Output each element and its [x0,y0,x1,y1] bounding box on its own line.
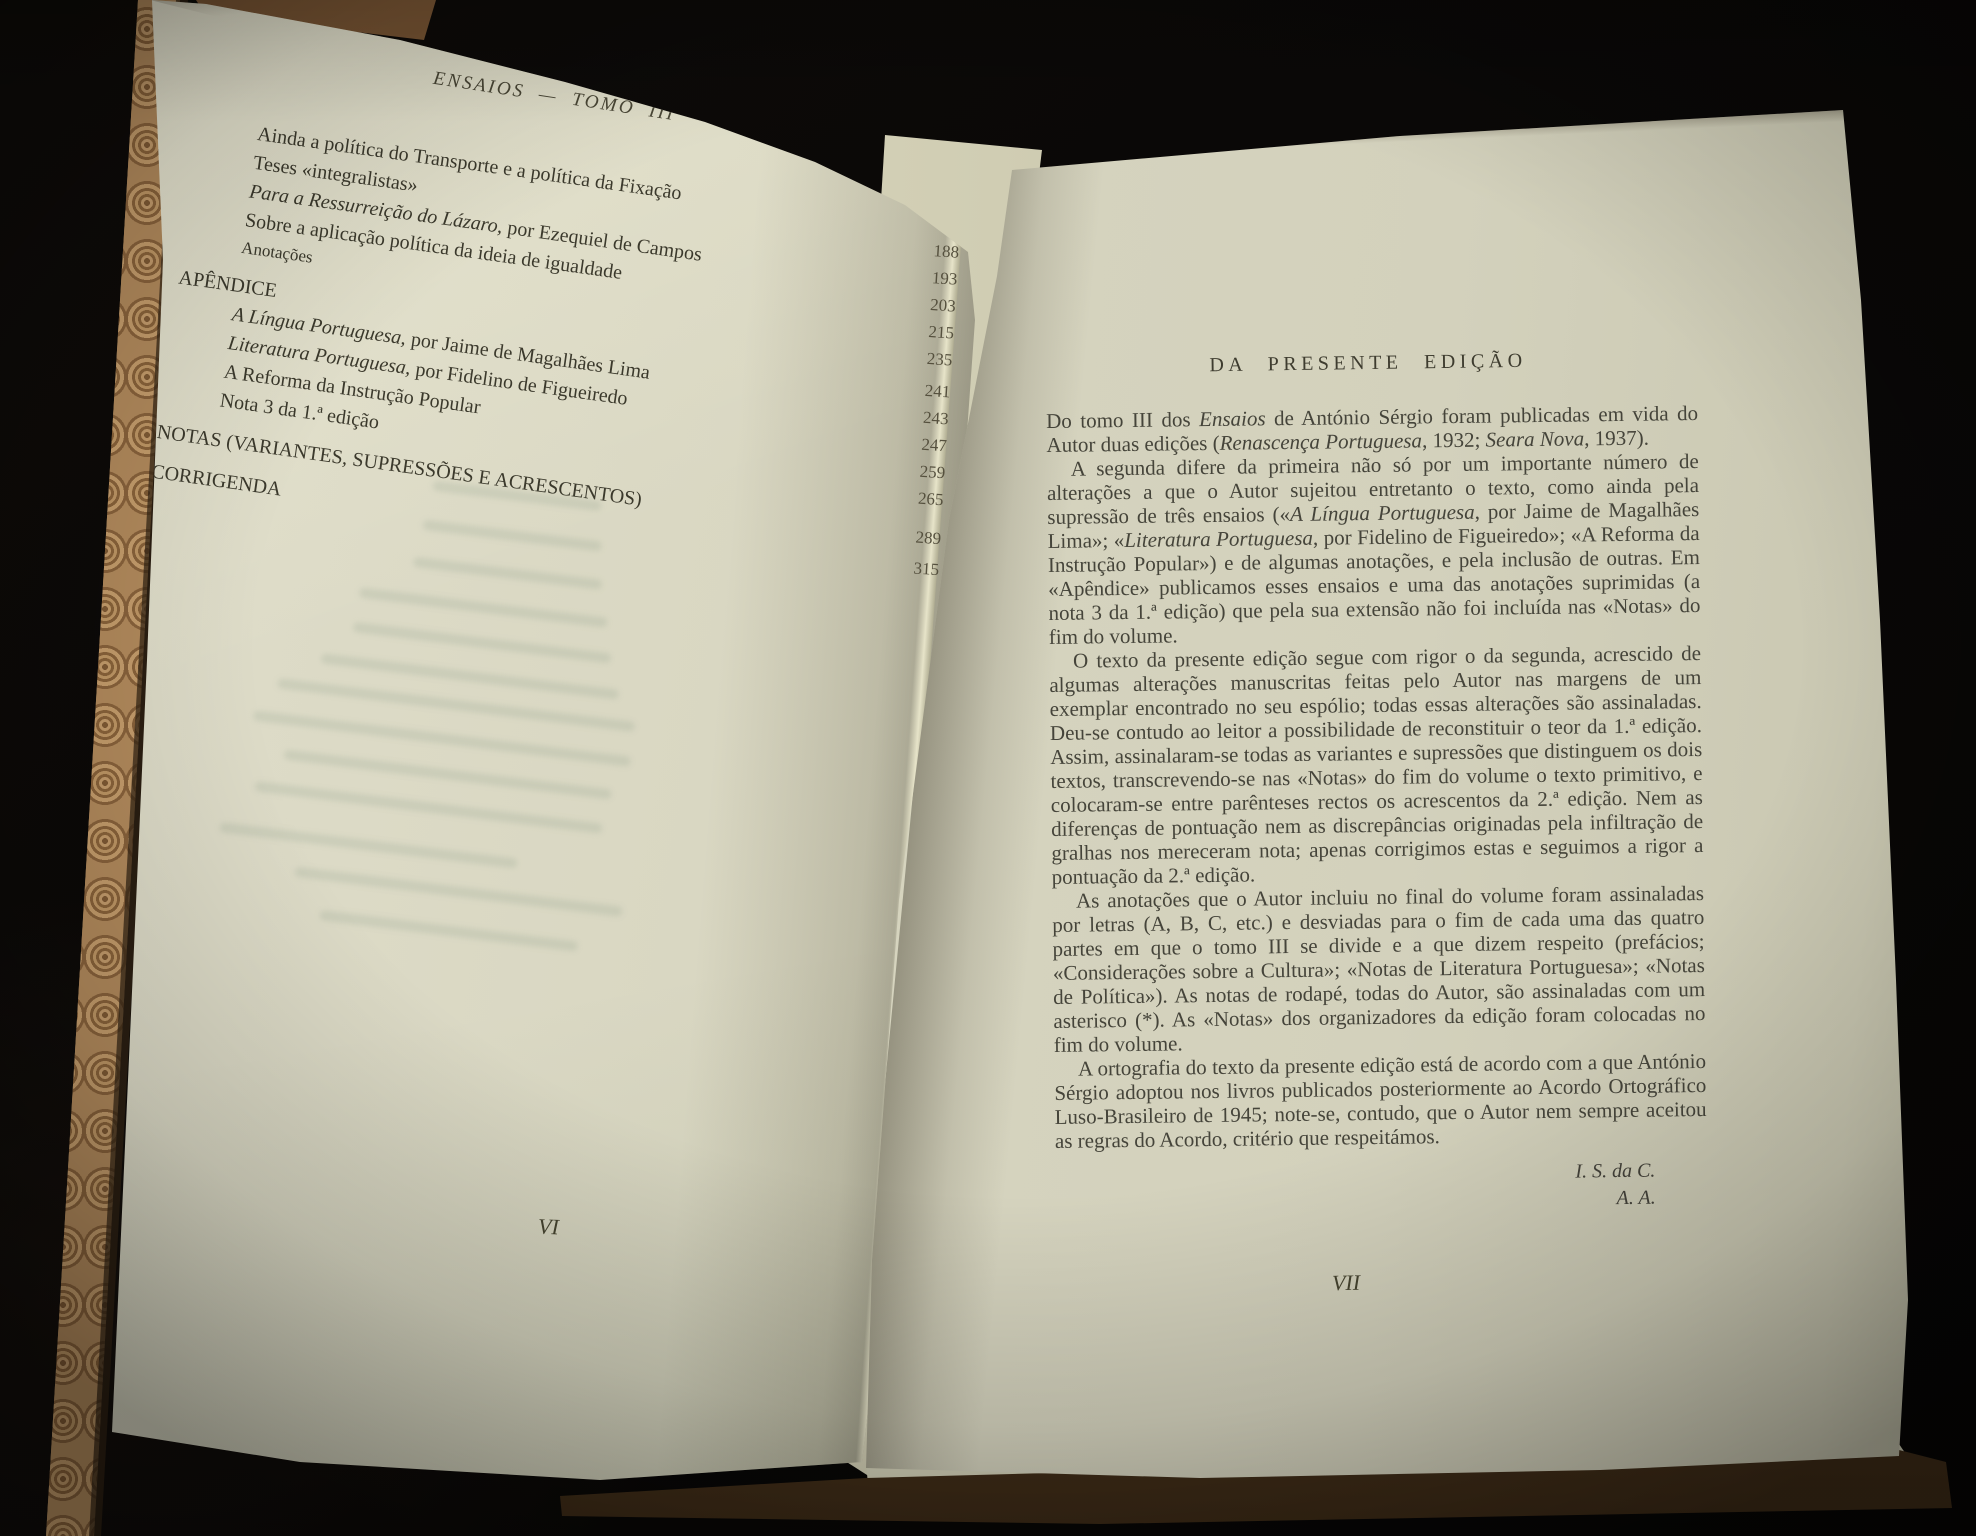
paragraph: O texto da presente edição segue com rig… [1049,641,1704,889]
toc-page-number: 241 [906,376,952,406]
paragraph: Do tomo III dos Ensaios de António Sérgi… [1046,401,1699,457]
book-photo: ENSAIOS — TOMO III Ainda a política do T… [0,0,1976,1536]
page-number-vii: VII [1332,1270,1361,1296]
section-heading: DA PRESENTE EDIÇÃO [1128,349,1608,379]
paragraph: A segunda difere da primeira não só por … [1047,449,1701,649]
toc-page-number: 259 [900,457,946,487]
table-of-contents: Ainda a política do Transporte e a polít… [149,112,835,575]
body-text: Do tomo III dos Ensaios de António Sérgi… [1046,401,1708,1219]
toc-page-number: 243 [904,403,950,433]
paragraph: As anotações que o Autor incluiu no fina… [1052,881,1706,1057]
page-number-vi: VI [538,1214,560,1241]
toc-label: CORRIGENDA [150,461,283,501]
paragraph: A ortografia do texto da presente edição… [1054,1049,1707,1153]
toc-page-number: 247 [902,430,948,460]
toc-page-number: 203 [911,290,957,320]
toc-page-number: 315 [894,553,940,583]
toc-page-number: 193 [913,263,959,293]
toc-page-number: 215 [909,317,955,347]
toc-page-number: 289 [896,522,942,552]
toc-page-number: 235 [908,344,954,374]
toc-page-number: 265 [899,484,945,514]
running-head: ENSAIOS — TOMO III [432,68,677,126]
right-page-top-shadow [1000,107,1860,160]
signature: I. S. da C. A. A. [1055,1157,1708,1219]
